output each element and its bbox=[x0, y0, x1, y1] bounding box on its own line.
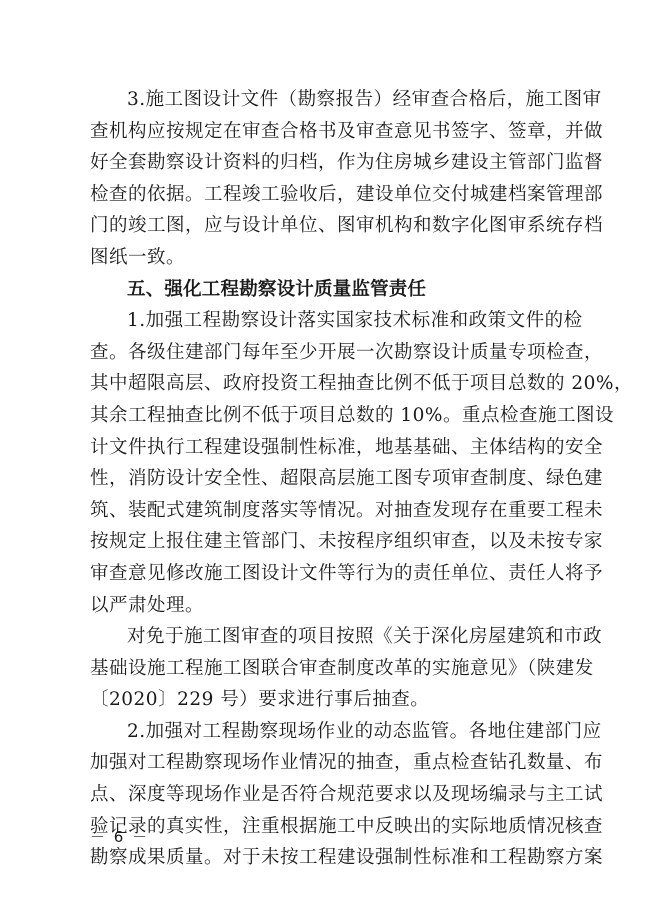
text-line: 查机构应按规定在审查合格书及审查意见书签字、签章，并做 bbox=[90, 116, 560, 148]
paragraph-item-3: 3.施工图设计文件（勘察报告）经审查合格后，施工图审 查机构应按规定在审查合格书… bbox=[90, 84, 560, 274]
text-line: 查。各级住建部门每年至少开展一次勘察设计质量专项检查， bbox=[90, 337, 560, 369]
section-heading: 五、强化工程勘察设计质量监管责任 bbox=[90, 274, 560, 306]
document-page: 3.施工图设计文件（勘察报告）经审查合格后，施工图审 查机构应按规定在审查合格书… bbox=[0, 0, 650, 919]
text-line: 性，消防设计安全性、超限高层施工图专项审查制度、绿色建 bbox=[90, 463, 560, 495]
text-line: 审查意见修改施工图设计文件等行为的责任单位、责任人将予 bbox=[90, 558, 560, 590]
text-line: 筑、装配式建筑制度落实等情况。对抽查发现存在重要工程未 bbox=[90, 495, 560, 527]
text-line: 基础设施工程施工图联合审查制度改革的实施意见》（陕建发 bbox=[90, 653, 560, 685]
paragraph-item-5-1: 1.加强工程勘察设计落实国家技术标准和政策文件的检 查。各级住建部门每年至少开展… bbox=[90, 305, 560, 621]
paragraph-item-5-2: 2.加强对工程勘察现场作业的动态监管。各地住建部门应 加强对工程勘察现场作业情况… bbox=[90, 716, 560, 874]
text-line: 1.加强工程勘察设计落实国家技术标准和政策文件的检 bbox=[90, 305, 560, 337]
text-line: 门的竣工图，应与设计单位、图审机构和数字化图审系统存档 bbox=[90, 210, 560, 242]
body-text: 3.施工图设计文件（勘察报告）经审查合格后，施工图审 查机构应按规定在审查合格书… bbox=[90, 84, 560, 874]
text-line: 勘察成果质量。对于未按工程建设强制性标准和工程勘察方案 bbox=[90, 842, 560, 874]
text-line: 好全套勘察设计资料的归档，作为住房城乡建设主管部门监督 bbox=[90, 147, 560, 179]
text-line: 检查的依据。工程竣工验收后，建设单位交付城建档案管理部 bbox=[90, 179, 560, 211]
text-line: 其中超限高层、政府投资工程抽查比例不低于项目总数的 20%， bbox=[90, 368, 560, 400]
text-line: 以严肃处理。 bbox=[90, 590, 560, 622]
text-line: 验记录的真实性，注重根据施工中反映出的实际地质情况核查 bbox=[90, 811, 560, 843]
text-line: 计文件执行工程建设强制性标准，地基基础、主体结构的安全 bbox=[90, 432, 560, 464]
text-line: 3.施工图设计文件（勘察报告）经审查合格后，施工图审 bbox=[90, 84, 560, 116]
text-line: 点、深度等现场作业是否符合规范要求以及现场编录与主工试 bbox=[90, 779, 560, 811]
text-line: 〔2020〕229 号）要求进行事后抽查。 bbox=[90, 684, 560, 716]
text-line: 对免于施工图审查的项目按照《关于深化房屋建筑和市政 bbox=[90, 621, 560, 653]
text-line: 其余工程抽查比例不低于项目总数的 10%。重点检查施工图设 bbox=[90, 400, 560, 432]
page-number: － 6 － bbox=[90, 826, 149, 847]
text-line: 2.加强对工程勘察现场作业的动态监管。各地住建部门应 bbox=[90, 716, 560, 748]
paragraph-exempt-projects: 对免于施工图审查的项目按照《关于深化房屋建筑和市政 基础设施工程施工图联合审查制… bbox=[90, 621, 560, 716]
text-line: 图纸一致。 bbox=[90, 242, 560, 274]
text-line: 按规定上报住建主管部门、未按程序组织审查，以及未按专家 bbox=[90, 526, 560, 558]
text-line: 加强对工程勘察现场作业情况的抽查，重点检查钻孔数量、布 bbox=[90, 747, 560, 779]
